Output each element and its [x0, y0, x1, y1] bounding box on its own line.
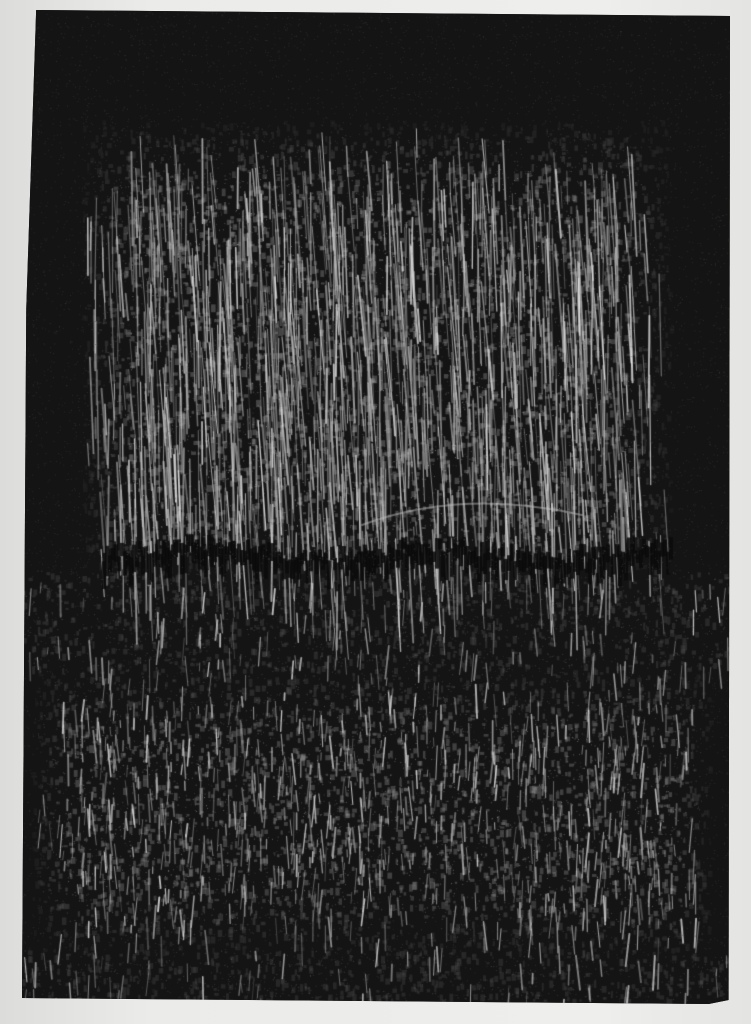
paper-background [0, 0, 751, 1024]
artwork-texture [22, 10, 730, 1006]
monoprint-artwork [22, 10, 730, 1006]
